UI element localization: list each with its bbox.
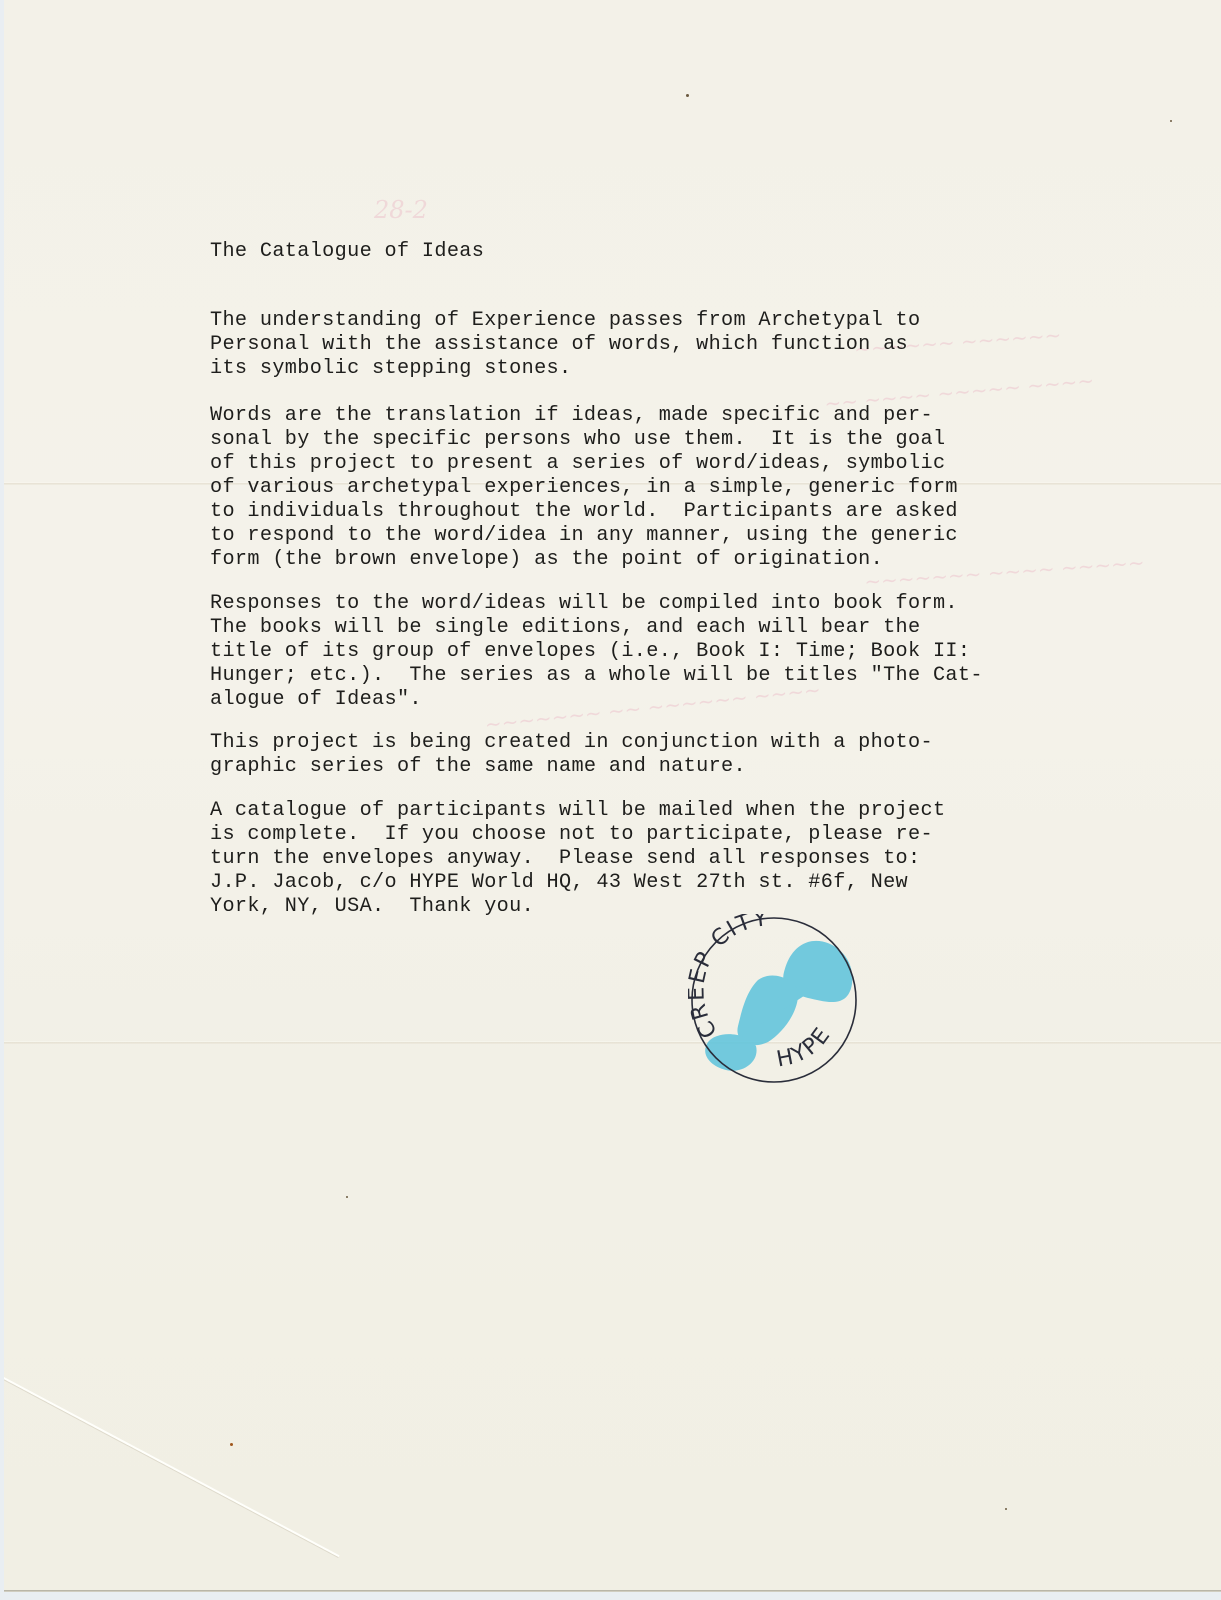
text-line: sonal by the specific persons who use th… [210,428,945,451]
svg-text:HYPE: HYPE [775,1022,837,1072]
text-line: to respond to the word/idea in any manne… [210,524,958,547]
paragraph-3: Responses to the word/ideas will be comp… [210,592,983,712]
text-line: The books will be single editions, and e… [210,616,920,639]
paper-speck [346,1196,348,1198]
paper-speck [686,94,689,97]
paragraph-4: This project is being created in conjunc… [210,731,933,779]
text-line: of this project to present a series of w… [210,452,945,475]
text-line: York, NY, USA. Thank you. [210,895,534,918]
text-line: to individuals throughout the world. Par… [210,500,958,523]
paper-speck [1170,120,1172,122]
text-line: Words are the translation if ideas, made… [210,404,933,427]
text-line: alogue of Ideas". [210,688,422,711]
text-line: Hunger; etc.). The series as a whole wil… [210,664,983,687]
text-line: turn the envelopes anyway. Please send a… [210,847,920,870]
text-line: Personal with the assistance of words, w… [210,333,908,356]
creep-city-hype-stamp: CREEP CITY HYPE [688,914,860,1086]
text-line: This project is being created in conjunc… [210,731,933,754]
corner-crease [4,1377,340,1557]
text-line: of various archetypal experiences, in a … [210,476,958,499]
paragraph-1: The understanding of Experience passes f… [210,309,920,381]
bleed-through-number: 28-2 [374,196,428,224]
paragraph-5: A catalogue of participants will be mail… [210,799,945,919]
paper-fold-line [4,1041,1221,1044]
text-line: is complete. If you choose not to partic… [210,823,933,846]
text-line: graphic series of the same name and natu… [210,755,746,778]
paper-speck [230,1443,233,1446]
text-line: A catalogue of participants will be mail… [210,799,945,822]
letter-page: 28-2 ~~~~~~ ~~~~~~ ~~ ~~~~ ~~~~~ ~~~~ ~~… [4,0,1221,1590]
text-line: title of its group of envelopes (i.e., B… [210,640,970,663]
paper-speck [1005,1508,1007,1510]
paragraph-2: Words are the translation if ideas, made… [210,404,958,572]
text-line: Responses to the word/ideas will be comp… [210,592,958,615]
text-line: its symbolic stepping stones. [210,357,571,380]
text-line: J.P. Jacob, c/o HYPE World HQ, 43 West 2… [210,871,908,894]
text-line: The understanding of Experience passes f… [210,309,920,332]
document-title: The Catalogue of Ideas [210,240,484,264]
text-line: form (the brown envelope) as the point o… [210,548,883,571]
stamp-bottom-text: HYPE [775,1022,837,1072]
